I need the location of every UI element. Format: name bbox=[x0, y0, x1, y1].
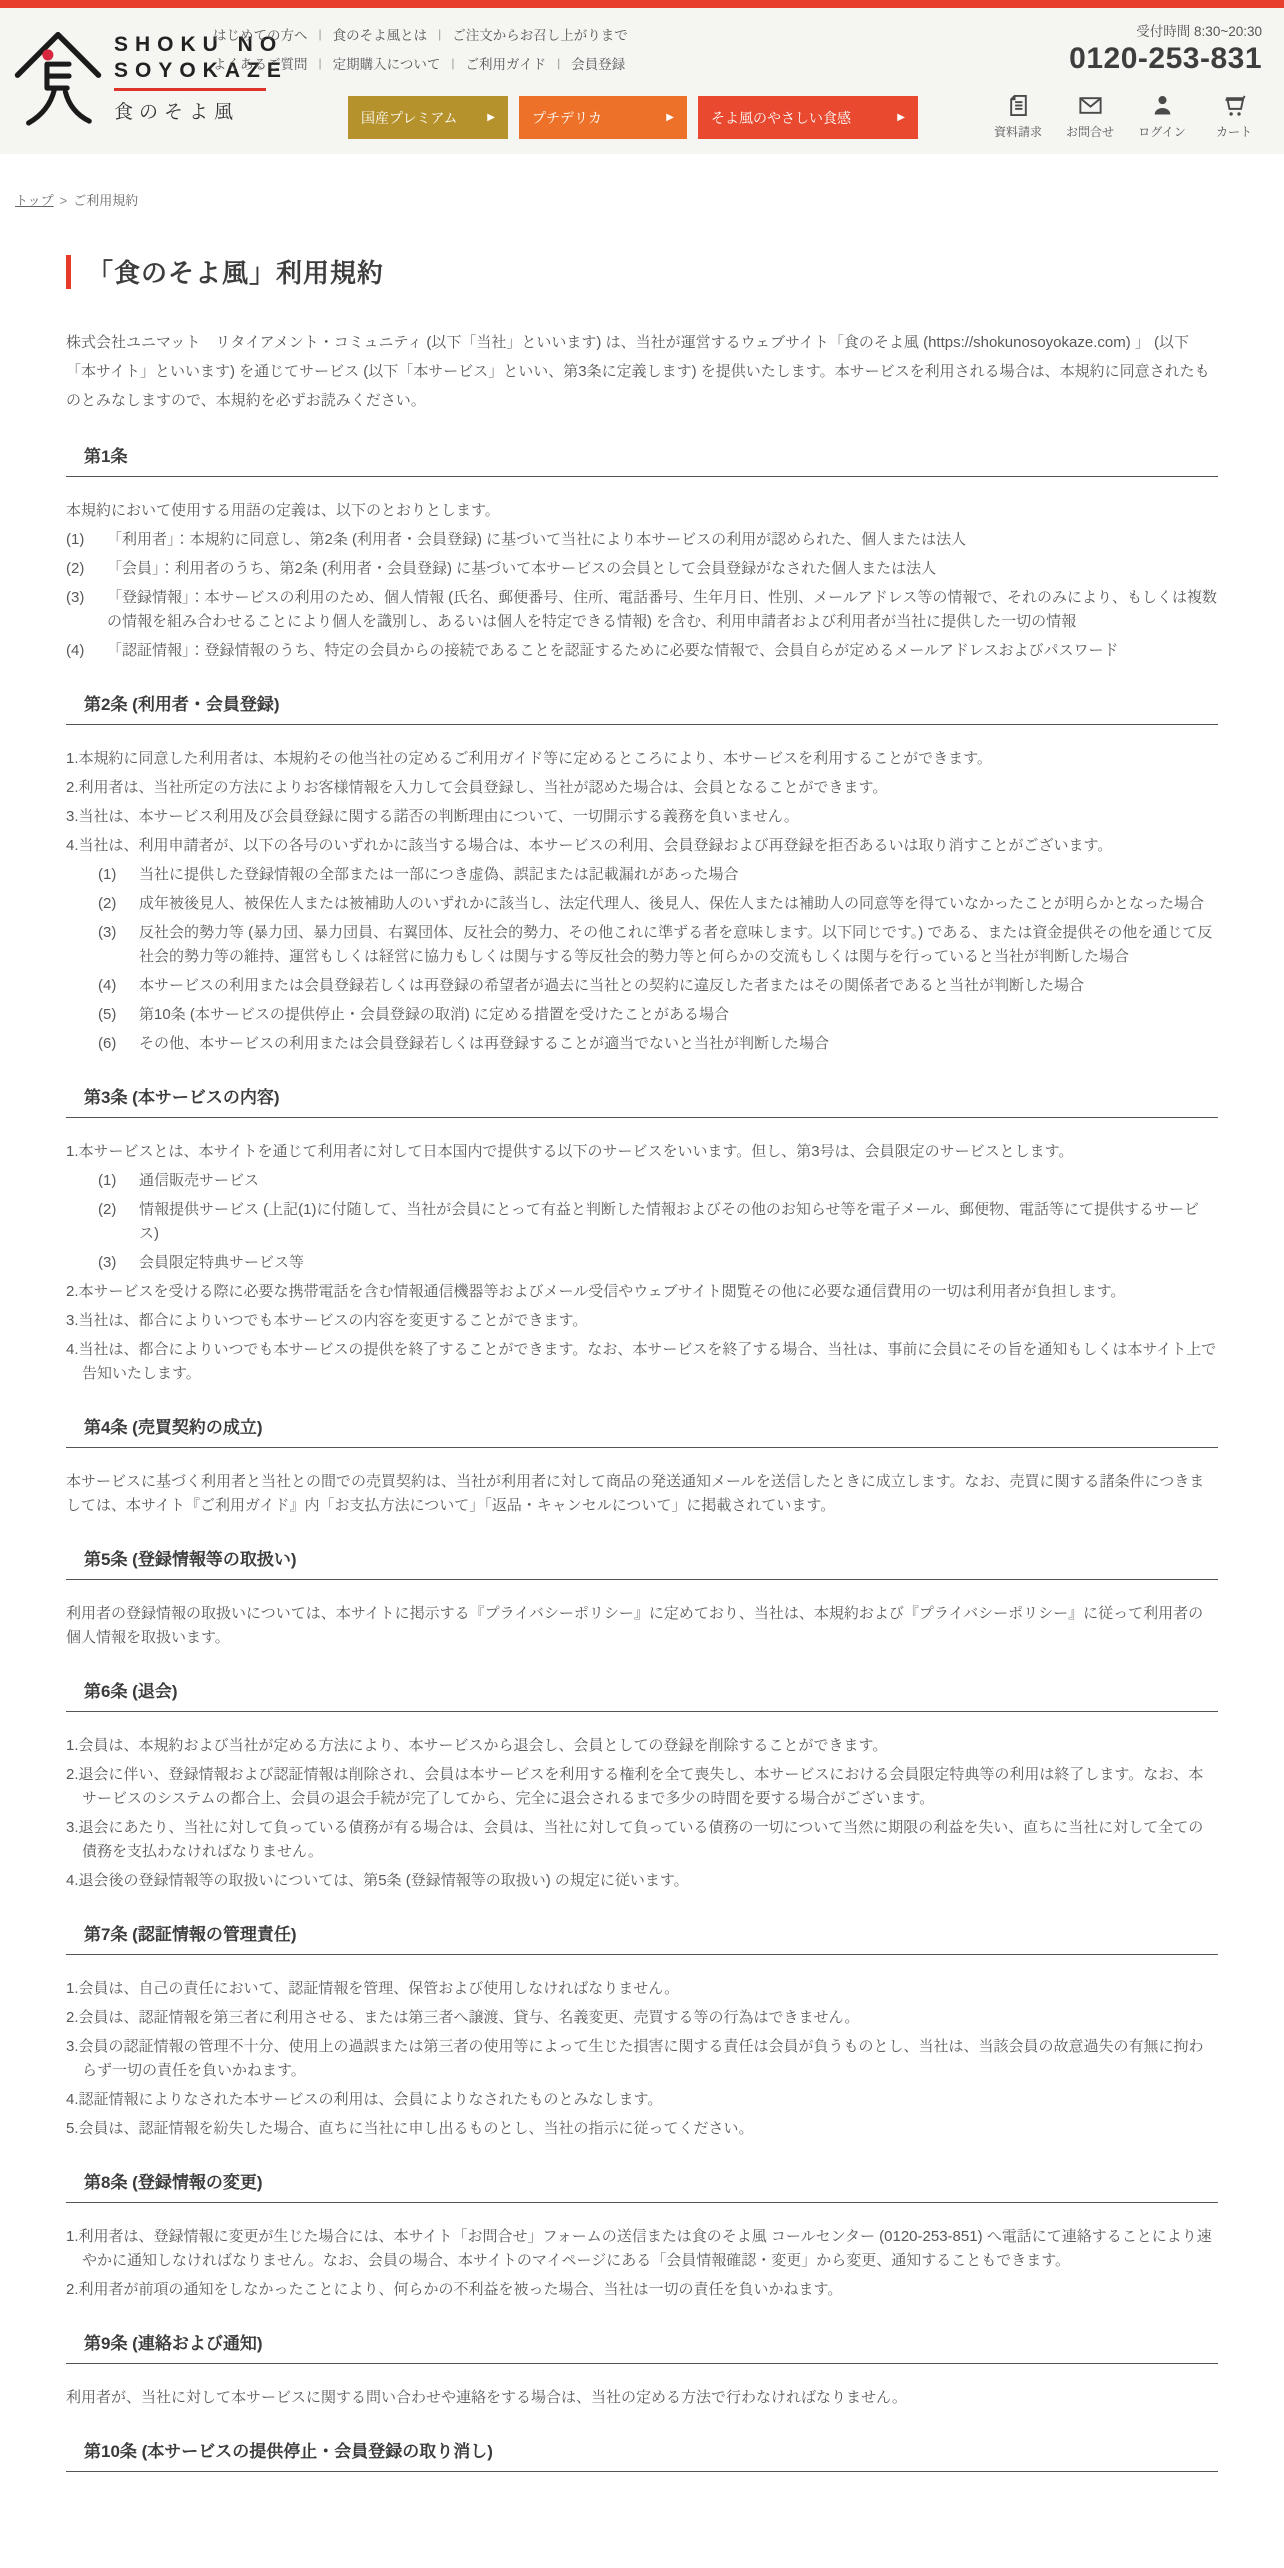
site-header: SHOKU NO SOYOKAZE 食のそよ風 はじめての方へ|食のそよ風とは|… bbox=[0, 8, 1284, 154]
item-number: 2. bbox=[66, 779, 79, 796]
sub-item-marker: (4) bbox=[98, 974, 125, 998]
sub-item-text: 第10条 (本サービスの提供停止・会員登録の取消) に定める措置を受けたことがあ… bbox=[139, 1003, 1218, 1027]
numbered-item: 1.会員は、本規約および当社が定める方法により、本サービスから退会し、会員として… bbox=[66, 1734, 1218, 1758]
section-heading: 第9条 (連絡および通知) bbox=[66, 2329, 1218, 2364]
utility-label: 資料請求 bbox=[982, 123, 1054, 140]
item-text: 当社は、利用申請者が、以下の各号のいずれかに該当する場合は、本サービスの利用、会… bbox=[79, 837, 1113, 854]
sub-item: (2)「会員」：利用者のうち、第2条 (利用者・会員登録) に基づいて本サービス… bbox=[66, 557, 1218, 581]
arrow-right-icon: ▶ bbox=[666, 112, 674, 123]
section-paragraph: 本規約において使用する用語の定義は、以下のとおりとします。 bbox=[66, 499, 1218, 523]
sub-item-text: 当社に提供した登録情報の全部または一部につき虚偽、誤記または記載漏れがあった場合 bbox=[139, 863, 1218, 887]
sub-item-marker: (2) bbox=[66, 557, 93, 581]
item-text: 利用者は、登録情報に変更が生じた場合には、本サイト「お問合せ」フォームの送信また… bbox=[79, 2228, 1212, 2269]
item-number: 5. bbox=[66, 2120, 79, 2137]
mail-icon bbox=[1054, 92, 1126, 119]
item-text: 利用者は、当社所定の方法によりお客様情報を入力して会員登録し、当社が認めた場合は… bbox=[79, 779, 888, 796]
numbered-item: 2.本サービスを受ける際に必要な携帯電話を含む情報通信機器等およびメール受信やウ… bbox=[66, 1280, 1218, 1304]
sub-item-text: 会員限定特典サービス等 bbox=[139, 1251, 1218, 1275]
sub-item-text: 反社会的勢力等 (暴力団、暴力団員、右翼団体、反社会的勢力、その他これに準ずる者… bbox=[139, 921, 1218, 969]
section-body: 利用者が、当社に対して本サービスに関する問い合わせや連絡をする場合は、当社の定め… bbox=[66, 2364, 1218, 2410]
item-number: 2. bbox=[66, 1766, 79, 1783]
section-heading: 第1条 bbox=[66, 442, 1218, 477]
item-number: 4. bbox=[66, 2091, 79, 2108]
item-number: 3. bbox=[66, 808, 79, 825]
sub-item-marker: (1) bbox=[98, 863, 125, 887]
sub-list: (1)当社に提供した登録情報の全部または一部につき虚偽、誤記または記載漏れがあっ… bbox=[98, 863, 1218, 1056]
numbered-item: 2.利用者は、当社所定の方法によりお客様情報を入力して会員登録し、当社が認めた場… bbox=[66, 776, 1218, 800]
cart-icon bbox=[1198, 92, 1270, 119]
nav-separator: | bbox=[557, 56, 560, 70]
numbered-item: 1.利用者は、登録情報に変更が生じた場合には、本サイト「お問合せ」フォームの送信… bbox=[66, 2225, 1218, 2273]
category-button[interactable]: 国産プレミアム▶ bbox=[348, 96, 508, 139]
sub-item: (1)「利用者」：本規約に同意し、第2条 (利用者・会員登録) に基づいて当社に… bbox=[66, 528, 1218, 552]
item-number: 2. bbox=[66, 2009, 79, 2026]
utility-item-ログイン[interactable]: ログイン bbox=[1126, 92, 1198, 140]
item-number: 3. bbox=[66, 2038, 79, 2055]
utility-label: カート bbox=[1198, 123, 1270, 140]
section-body: 1.本サービスとは、本サイトを通じて利用者に対して日本国内で提供する以下のサービ… bbox=[66, 1118, 1218, 1386]
section: 第4条 (売買契約の成立)本サービスに基づく利用者と当社との間での売買契約は、当… bbox=[66, 1413, 1218, 1518]
breadcrumb-separator: > bbox=[60, 193, 68, 208]
sub-item-text: 本サービスの利用または会員登録若しくは再登録の希望者が過去に当社との契約に違反し… bbox=[139, 974, 1218, 998]
section-body: 本サービスに基づく利用者と当社との間での売買契約は、当社が利用者に対して商品の発… bbox=[66, 1448, 1218, 1518]
nav-link[interactable]: 会員登録 bbox=[571, 53, 625, 73]
sections: 第1条本規約において使用する用語の定義は、以下のとおりとします。(1)「利用者」… bbox=[66, 442, 1218, 2483]
numbered-item: 5.会員は、認証情報を紛失した場合、直ちに当社に申し出るものとし、当社の指示に従… bbox=[66, 2117, 1218, 2141]
sub-item: (6)その他、本サービスの利用または会員登録若しくは再登録することが適当でないと… bbox=[98, 1032, 1218, 1056]
page-title-text: 「食のそよ風」利用規約 bbox=[87, 253, 384, 290]
section-body: 利用者の登録情報の取扱いについては、本サイトに掲示する『プライバシーポリシー』に… bbox=[66, 1580, 1218, 1650]
section-heading: 第3条 (本サービスの内容) bbox=[66, 1083, 1218, 1118]
item-number: 3. bbox=[66, 1312, 79, 1329]
numbered-item: 2.会員は、認証情報を第三者に利用させる、または第三者へ譲渡、貸与、名義変更、売… bbox=[66, 2006, 1218, 2030]
section: 第9条 (連絡および通知)利用者が、当社に対して本サービスに関する問い合わせや連… bbox=[66, 2329, 1218, 2410]
item-text: 本サービスとは、本サイトを通じて利用者に対して日本国内で提供する以下のサービスを… bbox=[79, 1143, 1074, 1160]
numbered-item: 2.退会に伴い、登録情報および認証情報は削除され、会員は本サービスを利用する権利… bbox=[66, 1763, 1218, 1811]
numbered-item: 3.退会にあたり、当社に対して負っている債務が有る場合は、会員は、当社に対して負… bbox=[66, 1816, 1218, 1864]
item-text: 会員は、認証情報を紛失した場合、直ちに当社に申し出るものとし、当社の指示に従って… bbox=[79, 2120, 754, 2137]
header-nav: はじめての方へ|食のそよ風とは|ご注文からお召し上がりまで よくあるご質問|定期… bbox=[213, 24, 628, 82]
sub-item-marker: (3) bbox=[66, 586, 93, 634]
sub-item-text: 情報提供サービス (上記(1)に付随して、当社が会員にとって有益と判断した情報お… bbox=[139, 1198, 1218, 1246]
item-text: 認証情報によりなされた本サービスの利用は、会員によりなされたものとみなします。 bbox=[79, 2091, 663, 2108]
item-text: 本サービスを受ける際に必要な携帯電話を含む情報通信機器等およびメール受信やウェブ… bbox=[79, 1283, 1126, 1300]
nav-link[interactable]: はじめての方へ bbox=[213, 24, 308, 44]
sub-item-text: 「会員」：利用者のうち、第2条 (利用者・会員登録) に基づいて本サービスの会員… bbox=[107, 557, 1218, 581]
section-body: 1.本規約に同意した利用者は、本規約その他当社の定めるご利用ガイド等に定めるとこ… bbox=[66, 725, 1218, 1056]
logo-house-icon bbox=[12, 18, 104, 136]
section-heading: 第8条 (登録情報の変更) bbox=[66, 2168, 1218, 2203]
utility-label: お問合せ bbox=[1054, 123, 1126, 140]
header-nav-row-2: よくあるご質問|定期購入について|ご利用ガイド|会員登録 bbox=[213, 53, 628, 73]
section: 第7条 (認証情報の管理責任)1.会員は、自己の責任において、認証情報を管理、保… bbox=[66, 1920, 1218, 2141]
item-text: 退会にあたり、当社に対して負っている債務が有る場合は、会員は、当社に対して負って… bbox=[79, 1819, 1204, 1860]
sub-item-marker: (6) bbox=[98, 1032, 125, 1056]
category-button[interactable]: そよ風のやさしい食感▶ bbox=[698, 96, 918, 139]
sub-item-text: 「登録情報」：本サービスの利用のため、個人情報 (氏名、郵便番号、住所、電話番号… bbox=[107, 586, 1218, 634]
numbered-item: 3.会員の認証情報の管理不十分、使用上の過誤または第三者の使用等によって生じた損… bbox=[66, 2035, 1218, 2083]
section: 第5条 (登録情報等の取扱い)利用者の登録情報の取扱いについては、本サイトに掲示… bbox=[66, 1545, 1218, 1650]
sub-item-marker: (2) bbox=[98, 1198, 125, 1246]
section-heading: 第10条 (本サービスの提供停止・会員登録の取り消し) bbox=[66, 2437, 1218, 2472]
user-icon bbox=[1126, 92, 1198, 119]
nav-link[interactable]: よくあるご質問 bbox=[213, 53, 308, 73]
category-buttons: 国産プレミアム▶プチデリカ▶そよ風のやさしい食感▶ bbox=[348, 96, 918, 139]
title-accent-bar bbox=[66, 255, 71, 289]
section: 第8条 (登録情報の変更)1.利用者は、登録情報に変更が生じた場合には、本サイト… bbox=[66, 2168, 1218, 2302]
sub-item: (1)通信販売サービス bbox=[98, 1169, 1218, 1193]
item-text: 退会後の登録情報等の取扱いについては、第5条 (登録情報等の取扱い) の規定に従… bbox=[79, 1872, 689, 1889]
category-button[interactable]: プチデリカ▶ bbox=[519, 96, 687, 139]
sub-item: (4)本サービスの利用または会員登録若しくは再登録の希望者が過去に当社との契約に… bbox=[98, 974, 1218, 998]
item-number: 4. bbox=[66, 837, 79, 854]
item-text: 当社は、本サービス利用及び会員登録に関する諾否の判断理由について、一切開示する義… bbox=[79, 808, 799, 825]
section-body: 本規約において使用する用語の定義は、以下のとおりとします。(1)「利用者」：本規… bbox=[66, 477, 1218, 663]
section-paragraph: 利用者の登録情報の取扱いについては、本サイトに掲示する『プライバシーポリシー』に… bbox=[66, 1602, 1218, 1650]
paren-list: (1)「利用者」：本規約に同意し、第2条 (利用者・会員登録) に基づいて当社に… bbox=[66, 528, 1218, 663]
sub-item-marker: (1) bbox=[66, 528, 93, 552]
category-button-label: そよ風のやさしい食感 bbox=[711, 108, 851, 128]
item-text: 当社は、都合によりいつでも本サービスの内容を変更することができます。 bbox=[79, 1312, 588, 1329]
sub-item: (2)情報提供サービス (上記(1)に付随して、当社が会員にとって有益と判断した… bbox=[98, 1198, 1218, 1246]
numbered-item: 4.退会後の登録情報等の取扱いについては、第5条 (登録情報等の取扱い) の規定… bbox=[66, 1869, 1218, 1893]
numbered-item: 1.会員は、自己の責任において、認証情報を管理、保管および使用しなければなりませ… bbox=[66, 1977, 1218, 2001]
logo-name-jp: 食のそよ風 bbox=[114, 97, 288, 124]
sub-item: (5)第10条 (本サービスの提供停止・会員登録の取消) に定める措置を受けたこ… bbox=[98, 1003, 1218, 1027]
item-text: 会員の認証情報の管理不十分、使用上の過誤または第三者の使用等によって生じた損害に… bbox=[79, 2038, 1204, 2079]
terms-intro: 株式会社ユニマット リタイアメント・コミュニティ (以下「当社」といいます) は… bbox=[66, 328, 1218, 415]
section-body: 1.利用者は、登録情報に変更が生じた場合には、本サイト「お問合せ」フォームの送信… bbox=[66, 2203, 1218, 2302]
sub-item: (4)「認証情報」：登録情報のうち、特定の会員からの接続であることを認証するため… bbox=[66, 639, 1218, 663]
item-text: 当社は、都合によりいつでも本サービスの提供を終了することができます。なお、本サー… bbox=[79, 1341, 1217, 1382]
nav-separator: | bbox=[319, 27, 322, 41]
arrow-right-icon: ▶ bbox=[897, 112, 905, 123]
sub-item-marker: (5) bbox=[98, 1003, 125, 1027]
item-number: 2. bbox=[66, 1283, 79, 1300]
header-nav-row-1: はじめての方へ|食のそよ風とは|ご注文からお召し上がりまで bbox=[213, 24, 628, 44]
item-number: 3. bbox=[66, 1819, 79, 1836]
item-number: 1. bbox=[66, 1737, 79, 1754]
utility-label: ログイン bbox=[1126, 123, 1198, 140]
document-icon bbox=[982, 92, 1054, 119]
sub-item: (3)会員限定特典サービス等 bbox=[98, 1251, 1218, 1275]
section-heading: 第6条 (退会) bbox=[66, 1677, 1218, 1712]
sub-item: (1)当社に提供した登録情報の全部または一部につき虚偽、誤記または記載漏れがあっ… bbox=[98, 863, 1218, 887]
breadcrumb-home-link[interactable]: トップ bbox=[15, 193, 54, 208]
section: 第1条本規約において使用する用語の定義は、以下のとおりとします。(1)「利用者」… bbox=[66, 442, 1218, 663]
section-body: 1.会員は、本規約および当社が定める方法により、本サービスから退会し、会員として… bbox=[66, 1712, 1218, 1893]
header-contact: 受付時間 8:30~20:30 0120-253-831 bbox=[1069, 20, 1262, 76]
item-text: 本規約に同意した利用者は、本規約その他当社の定めるご利用ガイド等に定めるところに… bbox=[79, 750, 992, 767]
sub-item-marker: (1) bbox=[98, 1169, 125, 1193]
numbered-item: 4.当社は、利用申請者が、以下の各号のいずれかに該当する場合は、本サービスの利用… bbox=[66, 834, 1218, 858]
item-number: 4. bbox=[66, 1872, 79, 1889]
section-paragraph: 利用者が、当社に対して本サービスに関する問い合わせや連絡をする場合は、当社の定め… bbox=[66, 2386, 1218, 2410]
category-button-label: 国産プレミアム bbox=[361, 108, 457, 128]
page-title: 「食のそよ風」利用規約 bbox=[66, 253, 1218, 290]
section-paragraph: 本サービスに基づく利用者と当社との間での売買契約は、当社が利用者に対して商品の発… bbox=[66, 1470, 1218, 1518]
category-button-label: プチデリカ bbox=[532, 108, 602, 128]
phone-number[interactable]: 0120-253-831 bbox=[1069, 42, 1262, 76]
numbered-item: 1.本規約に同意した利用者は、本規約その他当社の定めるご利用ガイド等に定めるとこ… bbox=[66, 747, 1218, 771]
utility-item-資料請求[interactable]: 資料請求 bbox=[982, 92, 1054, 140]
nav-link[interactable]: ご注文からお召し上がりまで bbox=[452, 24, 628, 44]
arrow-right-icon: ▶ bbox=[487, 112, 495, 123]
numbered-item: 4.当社は、都合によりいつでも本サービスの提供を終了することができます。なお、本… bbox=[66, 1338, 1218, 1386]
item-text: 退会に伴い、登録情報および認証情報は削除され、会員は本サービスを利用する権利を全… bbox=[79, 1766, 1204, 1807]
sub-item-marker: (4) bbox=[66, 639, 93, 663]
section: 第3条 (本サービスの内容)1.本サービスとは、本サイトを通じて利用者に対して日… bbox=[66, 1083, 1218, 1386]
section-body: 1.会員は、自己の責任において、認証情報を管理、保管および使用しなければなりませ… bbox=[66, 1955, 1218, 2141]
utility-nav: 資料請求お問合せログインカート bbox=[982, 92, 1270, 140]
item-number: 1. bbox=[66, 2228, 79, 2245]
main-content: 「食のそよ風」利用規約 株式会社ユニマット リタイアメント・コミュニティ (以下… bbox=[66, 253, 1218, 2483]
section: 第2条 (利用者・会員登録)1.本規約に同意した利用者は、本規約その他当社の定め… bbox=[66, 690, 1218, 1056]
nav-separator: | bbox=[451, 56, 454, 70]
item-text: 会員は、認証情報を第三者に利用させる、または第三者へ譲渡、貸与、名義変更、売買す… bbox=[79, 2009, 860, 2026]
nav-separator: | bbox=[438, 27, 441, 41]
sub-item-text: 通信販売サービス bbox=[139, 1169, 1218, 1193]
numbered-item: 4.認証情報によりなされた本サービスの利用は、会員によりなされたものとみなします… bbox=[66, 2088, 1218, 2112]
breadcrumb: トップ>ご利用規約 bbox=[0, 154, 1284, 209]
item-number: 1. bbox=[66, 1980, 79, 1997]
utility-item-カート[interactable]: カート bbox=[1198, 92, 1270, 140]
sub-item-marker: (3) bbox=[98, 921, 125, 969]
reception-hours: 受付時間 8:30~20:30 bbox=[1069, 20, 1262, 40]
numbered-item: 2.利用者が前項の通知をしなかったことにより、何らかの不利益を被った場合、当社は… bbox=[66, 2278, 1218, 2302]
section: 第6条 (退会)1.会員は、本規約および当社が定める方法により、本サービスから退… bbox=[66, 1677, 1218, 1893]
section-body bbox=[66, 2472, 1218, 2483]
sub-item-marker: (3) bbox=[98, 1251, 125, 1275]
numbered-item: 1.本サービスとは、本サイトを通じて利用者に対して日本国内で提供する以下のサービ… bbox=[66, 1140, 1218, 1164]
nav-link[interactable]: 定期購入について bbox=[333, 53, 441, 73]
nav-link[interactable]: 食のそよ風とは bbox=[333, 24, 428, 44]
top-accent-bar bbox=[0, 0, 1284, 8]
utility-item-お問合せ[interactable]: お問合せ bbox=[1054, 92, 1126, 140]
section-heading: 第5条 (登録情報等の取扱い) bbox=[66, 1545, 1218, 1580]
sub-item-text: 「認証情報」：登録情報のうち、特定の会員からの接続であることを認証するために必要… bbox=[107, 639, 1218, 663]
sub-item-text: その他、本サービスの利用または会員登録若しくは再登録することが適当でないと当社が… bbox=[139, 1032, 1218, 1056]
numbered-item: 3.当社は、都合によりいつでも本サービスの内容を変更することができます。 bbox=[66, 1309, 1218, 1333]
nav-separator: | bbox=[319, 56, 322, 70]
section-heading: 第4条 (売買契約の成立) bbox=[66, 1413, 1218, 1448]
item-number: 2. bbox=[66, 2281, 79, 2298]
sub-item-text: 成年被後見人、被保佐人または被補助人のいずれかに該当し、法定代理人、後見人、保佐… bbox=[139, 892, 1218, 916]
sub-item: (3)「登録情報」：本サービスの利用のため、個人情報 (氏名、郵便番号、住所、電… bbox=[66, 586, 1218, 634]
logo-underline bbox=[114, 88, 266, 91]
section-heading: 第7条 (認証情報の管理責任) bbox=[66, 1920, 1218, 1955]
item-number: 4. bbox=[66, 1341, 79, 1358]
nav-link[interactable]: ご利用ガイド bbox=[465, 53, 546, 73]
section-heading: 第2条 (利用者・会員登録) bbox=[66, 690, 1218, 725]
sub-item: (3)反社会的勢力等 (暴力団、暴力団員、右翼団体、反社会的勢力、その他これに準… bbox=[98, 921, 1218, 969]
item-number: 1. bbox=[66, 1143, 79, 1160]
sub-item-text: 「利用者」：本規約に同意し、第2条 (利用者・会員登録) に基づいて当社により本… bbox=[107, 528, 1218, 552]
item-number: 1. bbox=[66, 750, 79, 767]
breadcrumb-current: ご利用規約 bbox=[73, 193, 138, 208]
sub-item-marker: (2) bbox=[98, 892, 125, 916]
section: 第10条 (本サービスの提供停止・会員登録の取り消し) bbox=[66, 2437, 1218, 2483]
item-text: 利用者が前項の通知をしなかったことにより、何らかの不利益を被った場合、当社は一切… bbox=[79, 2281, 843, 2298]
numbered-item: 3.当社は、本サービス利用及び会員登録に関する諾否の判断理由について、一切開示す… bbox=[66, 805, 1218, 829]
item-text: 会員は、本規約および当社が定める方法により、本サービスから退会し、会員としての登… bbox=[79, 1737, 888, 1754]
item-text: 会員は、自己の責任において、認証情報を管理、保管および使用しなければなりません。 bbox=[79, 1980, 680, 1997]
sub-list: (1)通信販売サービス(2)情報提供サービス (上記(1)に付随して、当社が会員… bbox=[98, 1169, 1218, 1275]
sub-item: (2)成年被後見人、被保佐人または被補助人のいずれかに該当し、法定代理人、後見人… bbox=[98, 892, 1218, 916]
